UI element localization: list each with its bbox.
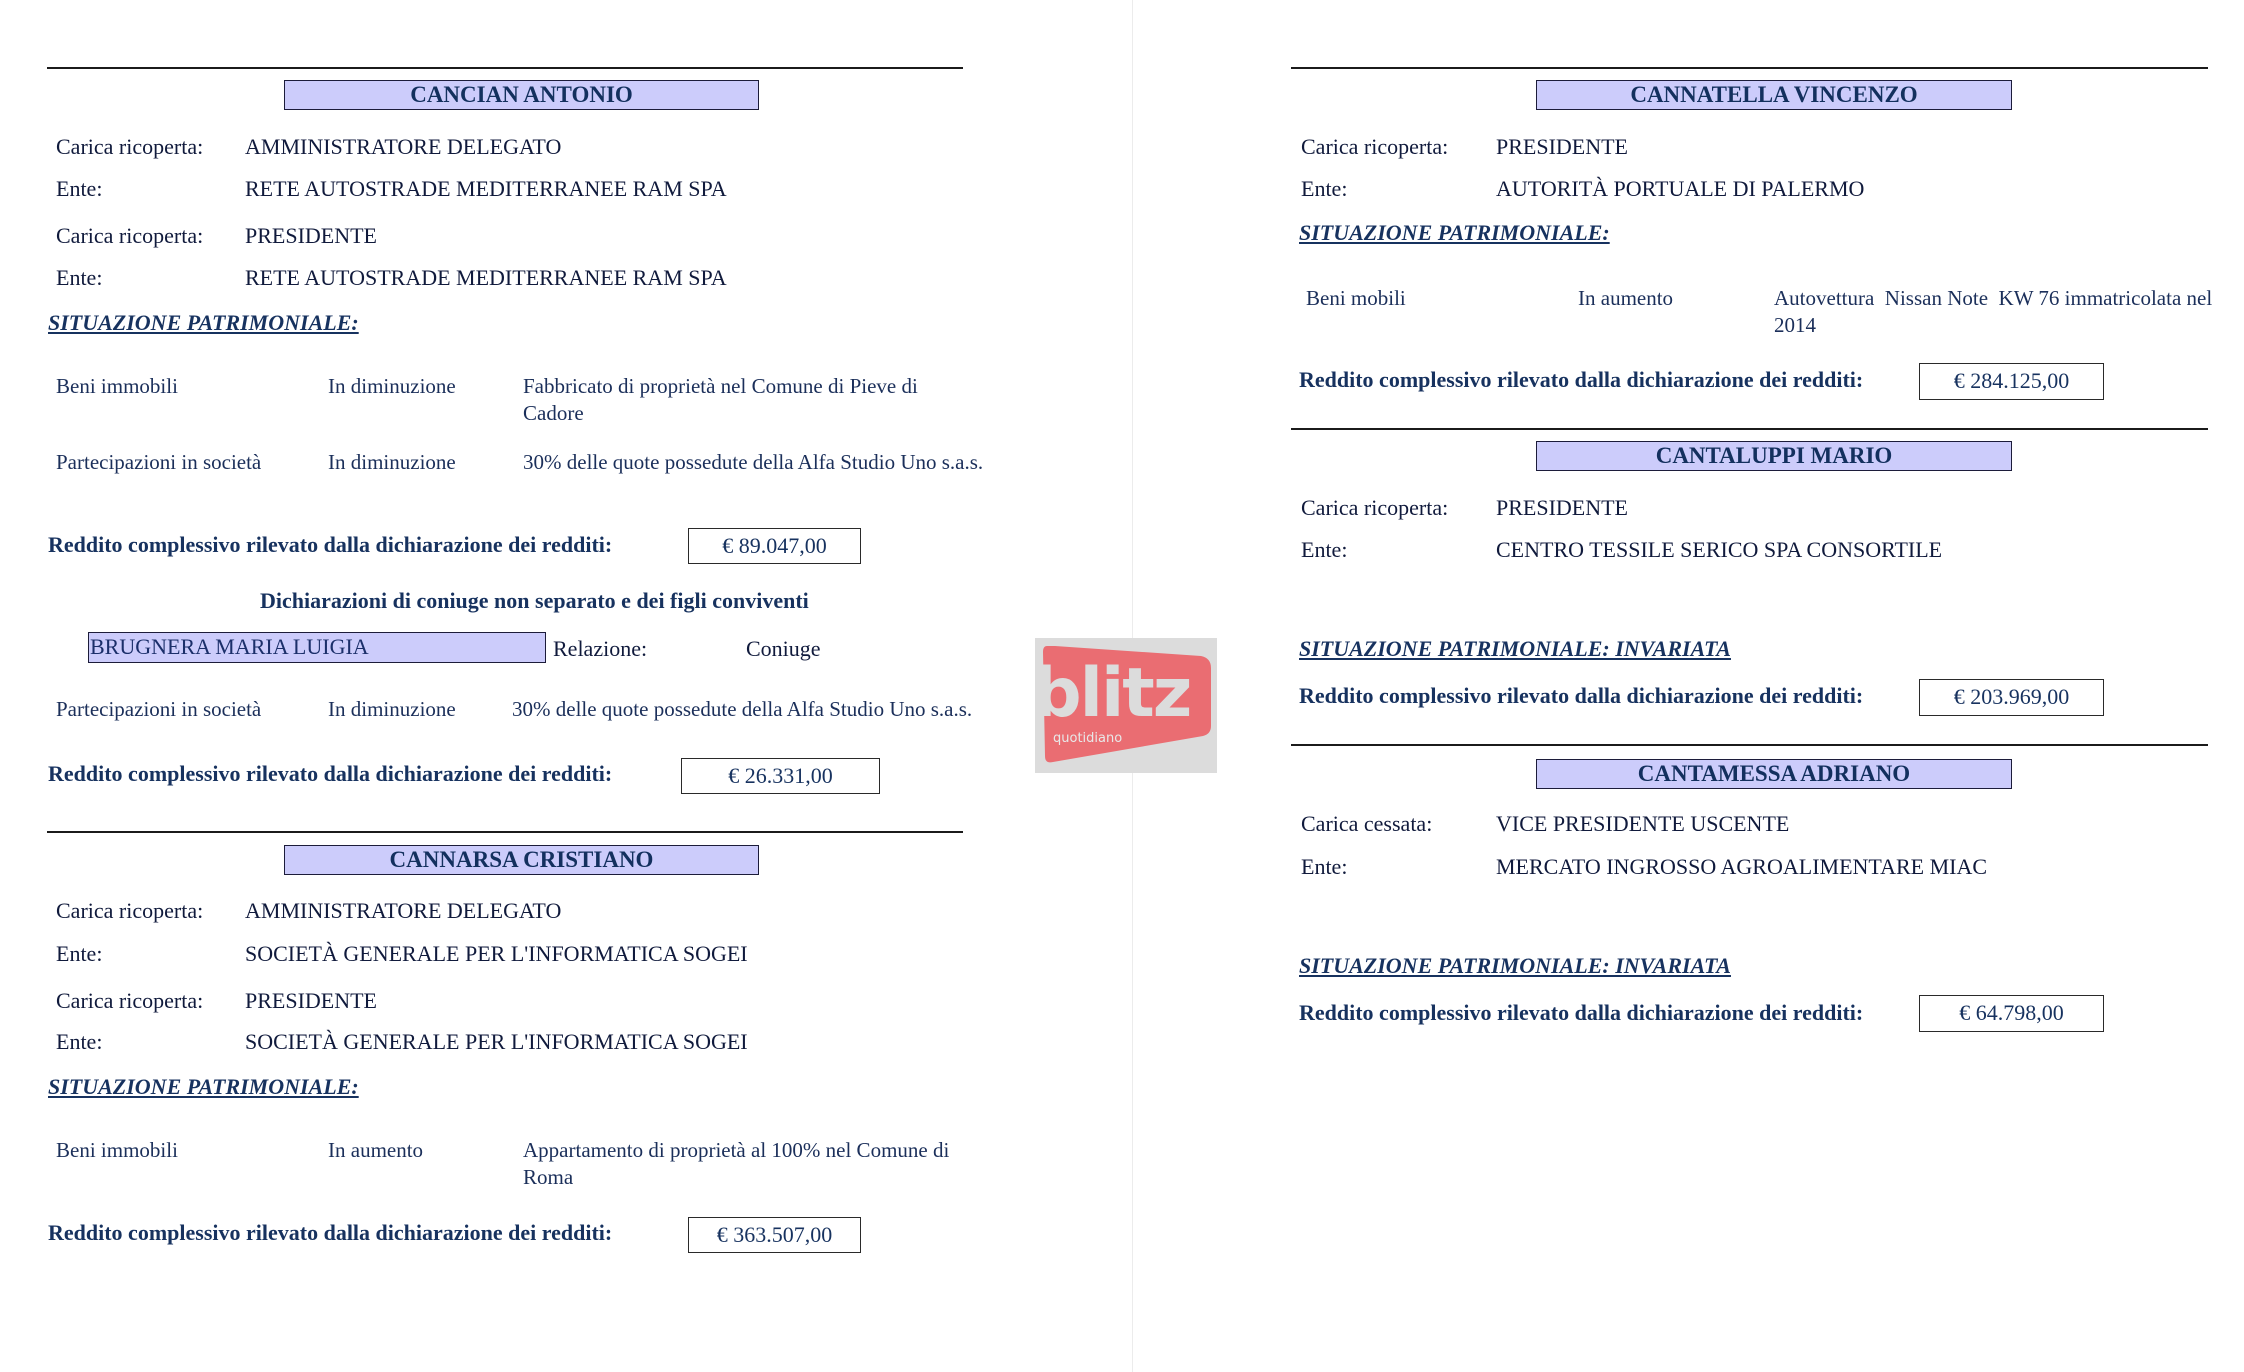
situation-heading: SITUAZIONE PATRIMONIALE: xyxy=(48,310,359,336)
entity-value: SOCIETÀ GENERALE PER L'INFORMATICA SOGEI xyxy=(245,1029,748,1055)
entity-label: Ente: xyxy=(56,941,102,967)
person-name-header: CANTAMESSA ADRIANO xyxy=(1536,759,2012,789)
asset-change: In diminuzione xyxy=(328,373,456,400)
relation-value: Coniuge xyxy=(746,636,821,662)
asset-description: Autovettura Nissan Note KW 76 immatricol… xyxy=(1774,285,2234,339)
income-label: Reddito complessivo rilevato dalla dichi… xyxy=(1299,683,1863,709)
asset-type: Beni immobili xyxy=(56,1137,178,1164)
asset-type: Beni immobili xyxy=(56,373,178,400)
situation-heading: SITUAZIONE PATRIMONIALE: xyxy=(48,1074,359,1100)
income-value: € 26.331,00 xyxy=(681,758,880,794)
entity-value: SOCIETÀ GENERALE PER L'INFORMATICA SOGEI xyxy=(245,941,748,967)
asset-type: Beni mobili xyxy=(1306,285,1406,312)
income-label: Reddito complessivo rilevato dalla dichi… xyxy=(1299,367,1863,393)
entity-label: Ente: xyxy=(56,265,102,291)
role-value: PRESIDENTE xyxy=(245,223,377,249)
income-value: € 363.507,00 xyxy=(688,1217,861,1253)
asset-change: In diminuzione xyxy=(328,449,456,476)
asset-type: Partecipazioni in società xyxy=(56,449,261,476)
section-divider xyxy=(47,67,963,69)
section-divider xyxy=(1291,67,2208,69)
person-name-header: CANNATELLA VINCENZO xyxy=(1536,80,2012,110)
role-label: Carica ricoperta: xyxy=(56,988,203,1014)
income-value: € 203.969,00 xyxy=(1919,679,2104,716)
entity-value: RETE AUTOSTRADE MEDITERRANEE RAM SPA xyxy=(245,176,727,202)
asset-description: Appartamento di proprietà al 100% nel Co… xyxy=(523,1137,988,1191)
person-name-header: CANCIAN ANTONIO xyxy=(284,80,759,110)
asset-change: In aumento xyxy=(1578,285,1673,312)
family-declarations-heading: Dichiarazioni di coniuge non separato e … xyxy=(260,588,809,614)
section-divider xyxy=(1291,744,2208,746)
role-value: PRESIDENTE xyxy=(245,988,377,1014)
person-name-header: CANTALUPPI MARIO xyxy=(1536,441,2012,471)
asset-change: In aumento xyxy=(328,1137,423,1164)
blitz-quotidiano-logo: blitz quotidiano xyxy=(1035,638,1217,773)
asset-description: Fabbricato di proprietà nel Comune di Pi… xyxy=(523,373,983,427)
situation-heading: SITUAZIONE PATRIMONIALE: INVARIATA xyxy=(1299,953,1731,979)
entity-value: AUTORITÀ PORTUALE DI PALERMO xyxy=(1496,176,1864,202)
person-name-header: CANNARSA CRISTIANO xyxy=(284,845,759,875)
entity-value: RETE AUTOSTRADE MEDITERRANEE RAM SPA xyxy=(245,265,727,291)
income-label: Reddito complessivo rilevato dalla dichi… xyxy=(48,532,612,558)
role-label: Carica ricoperta: xyxy=(56,898,203,924)
role-value: PRESIDENTE xyxy=(1496,495,1628,521)
role-label: Carica ricoperta: xyxy=(1301,495,1448,521)
situation-heading: SITUAZIONE PATRIMONIALE: INVARIATA xyxy=(1299,636,1731,662)
asset-change: In diminuzione xyxy=(328,696,456,723)
income-value: € 284.125,00 xyxy=(1919,363,2104,400)
income-label: Reddito complessivo rilevato dalla dichi… xyxy=(48,761,612,787)
role-label: Carica ricoperta: xyxy=(1301,134,1448,160)
entity-label: Ente: xyxy=(56,176,102,202)
svg-text:blitz: blitz xyxy=(1035,654,1190,733)
situation-heading: SITUAZIONE PATRIMONIALE: xyxy=(1299,220,1610,246)
role-label: Carica cessata: xyxy=(1301,811,1432,837)
entity-label: Ente: xyxy=(56,1029,102,1055)
section-divider xyxy=(1291,428,2208,430)
spouse-name-box: BRUGNERA MARIA LUIGIA xyxy=(88,632,546,663)
section-divider xyxy=(47,831,963,833)
relation-label: Relazione: xyxy=(553,636,647,662)
blitz-logo-icon: blitz quotidiano xyxy=(1035,638,1217,773)
income-label: Reddito complessivo rilevato dalla dichi… xyxy=(48,1220,612,1246)
entity-value: MERCATO INGROSSO AGROALIMENTARE MIAC xyxy=(1496,854,1987,880)
role-value: AMMINISTRATORE DELEGATO xyxy=(245,134,561,160)
entity-value: CENTRO TESSILE SERICO SPA CONSORTILE xyxy=(1496,537,1942,563)
entity-label: Ente: xyxy=(1301,176,1347,202)
asset-description: 30% delle quote possedute della Alfa Stu… xyxy=(512,696,982,723)
svg-text:quotidiano: quotidiano xyxy=(1053,731,1122,746)
entity-label: Ente: xyxy=(1301,537,1347,563)
role-value: PRESIDENTE xyxy=(1496,134,1628,160)
role-label: Carica ricoperta: xyxy=(56,134,203,160)
income-label: Reddito complessivo rilevato dalla dichi… xyxy=(1299,1000,1863,1026)
asset-description: 30% delle quote possedute della Alfa Stu… xyxy=(523,449,988,476)
role-value: VICE PRESIDENTE USCENTE xyxy=(1496,811,1789,837)
asset-type: Partecipazioni in società xyxy=(56,696,261,723)
income-value: € 64.798,00 xyxy=(1919,995,2104,1032)
role-value: AMMINISTRATORE DELEGATO xyxy=(245,898,561,924)
entity-label: Ente: xyxy=(1301,854,1347,880)
role-label: Carica ricoperta: xyxy=(56,223,203,249)
income-value: € 89.047,00 xyxy=(688,528,861,564)
